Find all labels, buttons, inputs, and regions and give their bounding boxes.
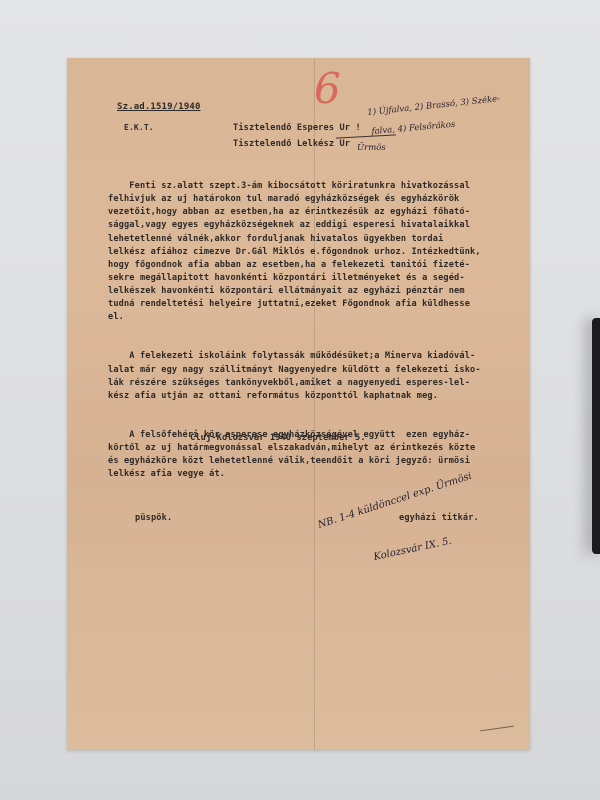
sender-code: E.K.T. [124,121,154,134]
addressee-dean: Tisztelendő Esperes Ur ! [233,122,361,135]
handwritten-pastor-name: Ürmös [357,143,386,153]
reference-number: Sz.ad.1519/1940 [117,101,201,114]
body-paragraph-1: Fenti sz.alatt szept.3-ám kibocsátott kö… [108,180,481,324]
signature-bishop: püspök. [135,512,172,525]
dark-object-edge [592,318,600,554]
place-and-date: Cluj-Kolozsvár 1940 szeptember 5. [190,432,366,445]
signature-secretary: egyházi titkár. [399,512,479,525]
body-paragraph-2: A felekezeti iskoláink folytassák működé… [108,350,481,402]
addressee-pastor: Tisztelendő Lelkész Ur [233,138,350,151]
red-page-number: 6 [314,68,341,110]
